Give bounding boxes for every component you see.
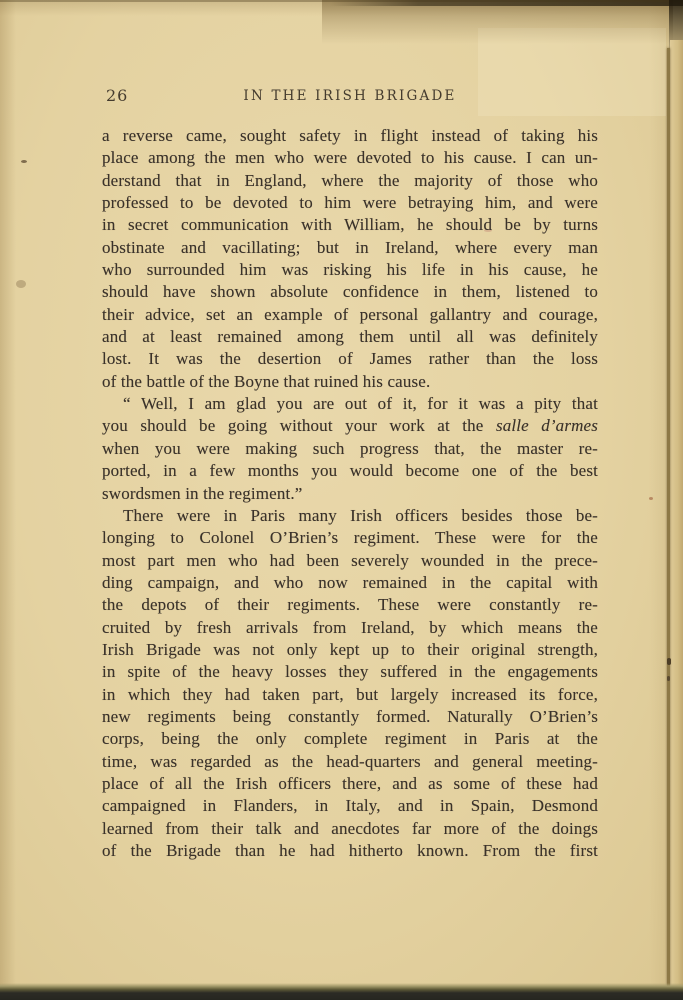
text-line: cruited by fresh arrivals from Ireland, … xyxy=(102,617,598,639)
text-segment: you should be going without your work at… xyxy=(102,416,496,435)
page-header: 26 IN THE IRISH BRIGADE xyxy=(102,86,598,106)
text-line: should have shown absolute confidence in… xyxy=(102,281,598,303)
paper-smudge xyxy=(16,280,26,288)
text-segment: of the battle of the Boyne that ruined h… xyxy=(102,372,430,391)
text-segment: derstand that in England, where the majo… xyxy=(102,171,598,190)
text-segment: in spite of the heavy losses they suffer… xyxy=(102,662,598,681)
text-line: place of all the Irish officers there, a… xyxy=(102,773,598,795)
text-line: in secret communication with William, he… xyxy=(102,214,598,236)
text-segment: longing to Colonel O’Brien’s regiment. T… xyxy=(102,528,598,547)
text-line: and at least remained among them until a… xyxy=(102,326,598,348)
text-segment: in secret communication with William, he… xyxy=(102,215,598,234)
text-segment: and at least remained among them until a… xyxy=(102,327,598,346)
text-segment: place of all the Irish officers there, a… xyxy=(102,774,598,793)
text-line: derstand that in England, where the majo… xyxy=(102,170,598,192)
text-segment: most part men who had been severely woun… xyxy=(102,551,598,570)
text-line: ported, in a few months you would become… xyxy=(102,460,598,482)
text-segment: of the Brigade than he had hitherto know… xyxy=(102,841,598,860)
text-line: longing to Colonel O’Brien’s regiment. T… xyxy=(102,527,598,549)
text-segment: campaigned in Flanders, in Italy, and in… xyxy=(102,796,598,815)
text-line: the depots of their regiments. These wer… xyxy=(102,594,598,616)
book-page-paper: 26 IN THE IRISH BRIGADE a reverse came, … xyxy=(0,0,683,1000)
text-line: learned from their talk and anecdotes fa… xyxy=(102,818,598,840)
bottom-scan-bar xyxy=(0,983,683,1000)
text-segment: ding campaign, and who now remained in t… xyxy=(102,573,598,592)
text-segment: when you were making such progress that,… xyxy=(102,439,598,458)
text-segment: There were in Paris many Irish officers … xyxy=(123,506,598,525)
text-segment: ported, in a few months you would become… xyxy=(102,461,598,480)
paper-speck xyxy=(21,160,27,163)
text-segment: time, was regarded as the head-quarters … xyxy=(102,752,598,771)
right-page-edge-strip xyxy=(670,40,683,986)
right-page-edge-line xyxy=(667,48,670,986)
scanned-book-page: { "page": { "number": "26", "running_tit… xyxy=(0,0,683,1000)
running-title: IN THE IRISH BRIGADE xyxy=(102,88,598,104)
text-line: of the battle of the Boyne that ruined h… xyxy=(102,371,598,393)
text-segment: obstinate and vacillating; but in Irelan… xyxy=(102,238,598,257)
text-line: place among the men who were devoted to … xyxy=(102,147,598,169)
text-line: a reverse came, sought safety in flight … xyxy=(102,125,598,147)
text-segment: should have shown absolute confidence in… xyxy=(102,282,598,301)
text-segment: “ Well, I am glad you are out of it, for… xyxy=(123,394,598,413)
text-line: “ Well, I am glad you are out of it, for… xyxy=(102,393,598,415)
text-segment: corps, being the only complete regiment … xyxy=(102,729,598,748)
text-line: their advice, set an example of personal… xyxy=(102,304,598,326)
text-line: new regiments being constantly formed. N… xyxy=(102,706,598,728)
text-line: swordsmen in the regiment.” xyxy=(102,483,598,505)
text-segment: Irish Brigade was not only kept up to th… xyxy=(102,640,598,659)
italic-phrase: salle d’armes xyxy=(496,416,598,435)
text-segment: who surrounded him was risking his life … xyxy=(102,260,598,279)
text-segment: professed to be devoted to him were betr… xyxy=(102,193,598,212)
text-line: most part men who had been severely woun… xyxy=(102,550,598,572)
text-line: There were in Paris many Irish officers … xyxy=(102,505,598,527)
top-edge-line xyxy=(0,0,683,2)
text-segment: in which they had taken part, but largel… xyxy=(102,685,598,704)
text-line: in spite of the heavy losses they suffer… xyxy=(102,661,598,683)
text-line: lost. It was the desertion of James rath… xyxy=(102,348,598,370)
paper-speck xyxy=(649,497,653,500)
text-segment: learned from their talk and anecdotes fa… xyxy=(102,819,598,838)
text-line: in which they had taken part, but largel… xyxy=(102,684,598,706)
text-block: a reverse came, sought safety in flight … xyxy=(102,125,598,862)
text-segment: the depots of their regiments. These wer… xyxy=(102,595,598,614)
text-line: Irish Brigade was not only kept up to th… xyxy=(102,639,598,661)
text-line: campaigned in Flanders, in Italy, and in… xyxy=(102,795,598,817)
paper-speck xyxy=(667,676,670,681)
text-segment: place among the men who were devoted to … xyxy=(102,148,598,167)
text-line: of the Brigade than he had hitherto know… xyxy=(102,840,598,862)
text-line: obstinate and vacillating; but in Irelan… xyxy=(102,237,598,259)
text-segment: swordsmen in the regiment.” xyxy=(102,484,302,503)
text-segment: cruited by fresh arrivals from Ireland, … xyxy=(102,618,598,637)
text-line: time, was regarded as the head-quarters … xyxy=(102,751,598,773)
text-segment: their advice, set an example of personal… xyxy=(102,305,598,324)
text-line: when you were making such progress that,… xyxy=(102,438,598,460)
paper-speck xyxy=(667,658,671,665)
top-scan-shadow xyxy=(322,0,673,44)
text-segment: new regiments being constantly formed. N… xyxy=(102,707,598,726)
text-segment: lost. It was the desertion of James rath… xyxy=(102,349,598,368)
text-line: you should be going without your work at… xyxy=(102,415,598,437)
text-segment: a reverse came, sought safety in flight … xyxy=(102,126,598,145)
text-line: ding campaign, and who now remained in t… xyxy=(102,572,598,594)
text-line: who surrounded him was risking his life … xyxy=(102,259,598,281)
text-line: professed to be devoted to him were betr… xyxy=(102,192,598,214)
text-line: corps, being the only complete regiment … xyxy=(102,728,598,750)
